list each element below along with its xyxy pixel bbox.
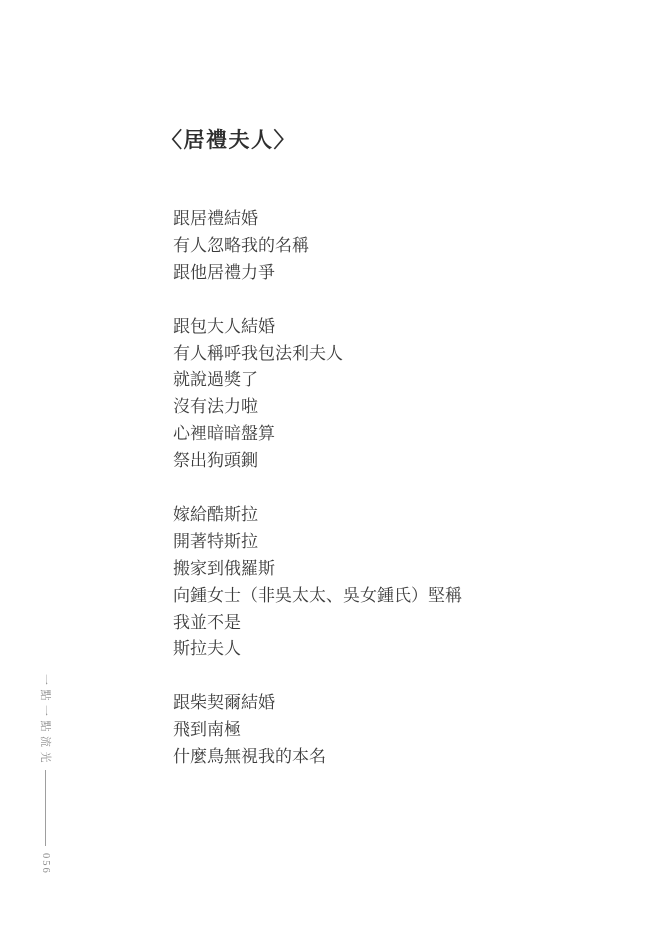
poem-line: 有人忽略我的名稱: [173, 233, 462, 260]
poem-title: 〈居禮夫人〉: [161, 124, 296, 154]
footer-rule: [46, 770, 47, 846]
poem-stanza: 跟柴契爾結婚飛到南極什麼鳥無視我的本名: [173, 690, 462, 771]
poem-line: 跟他居禮力爭: [173, 260, 462, 287]
page-number: 056: [41, 853, 52, 875]
poem-line: 跟柴契爾結婚: [173, 690, 462, 717]
poem-line: 祭出狗頭鍘: [173, 448, 462, 475]
poem-line: 心裡暗暗盤算: [173, 421, 462, 448]
poem-stanza: 跟包大人結婚有人稱呼我包法利夫人就說過獎了沒有法力啦心裡暗暗盤算祭出狗頭鍘: [173, 314, 462, 475]
running-footer: 一點一點流光 056: [39, 674, 53, 875]
poem-line: 搬家到俄羅斯: [173, 556, 462, 583]
poem-line: 向鍾女士（非吳太太、吳女鍾氏）堅稱: [173, 583, 462, 610]
poem-line: 嫁給酷斯拉: [173, 502, 462, 529]
poem-line: 我並不是: [173, 610, 462, 637]
poem-line: 沒有法力啦: [173, 394, 462, 421]
poem-line: 有人稱呼我包法利夫人: [173, 341, 462, 368]
book-title-vertical: 一點一點流光: [38, 674, 54, 767]
poem-body: 跟居禮結婚有人忽略我的名稱跟他居禮力爭跟包大人結婚有人稱呼我包法利夫人就說過獎了…: [173, 206, 462, 771]
book-page: 〈居禮夫人〉 跟居禮結婚有人忽略我的名稱跟他居禮力爭跟包大人結婚有人稱呼我包法利…: [0, 0, 663, 932]
poem-line: 飛到南極: [173, 717, 462, 744]
poem-line: 跟包大人結婚: [173, 314, 462, 341]
poem-line: 什麼鳥無視我的本名: [173, 744, 462, 771]
poem-line: 開著特斯拉: [173, 529, 462, 556]
poem-line: 就說過獎了: [173, 367, 462, 394]
poem-line: 跟居禮結婚: [173, 206, 462, 233]
poem-stanza: 嫁給酷斯拉開著特斯拉搬家到俄羅斯向鍾女士（非吳太太、吳女鍾氏）堅稱我並不是斯拉夫…: [173, 502, 462, 663]
poem-line: 斯拉夫人: [173, 636, 462, 663]
poem-stanza: 跟居禮結婚有人忽略我的名稱跟他居禮力爭: [173, 206, 462, 287]
